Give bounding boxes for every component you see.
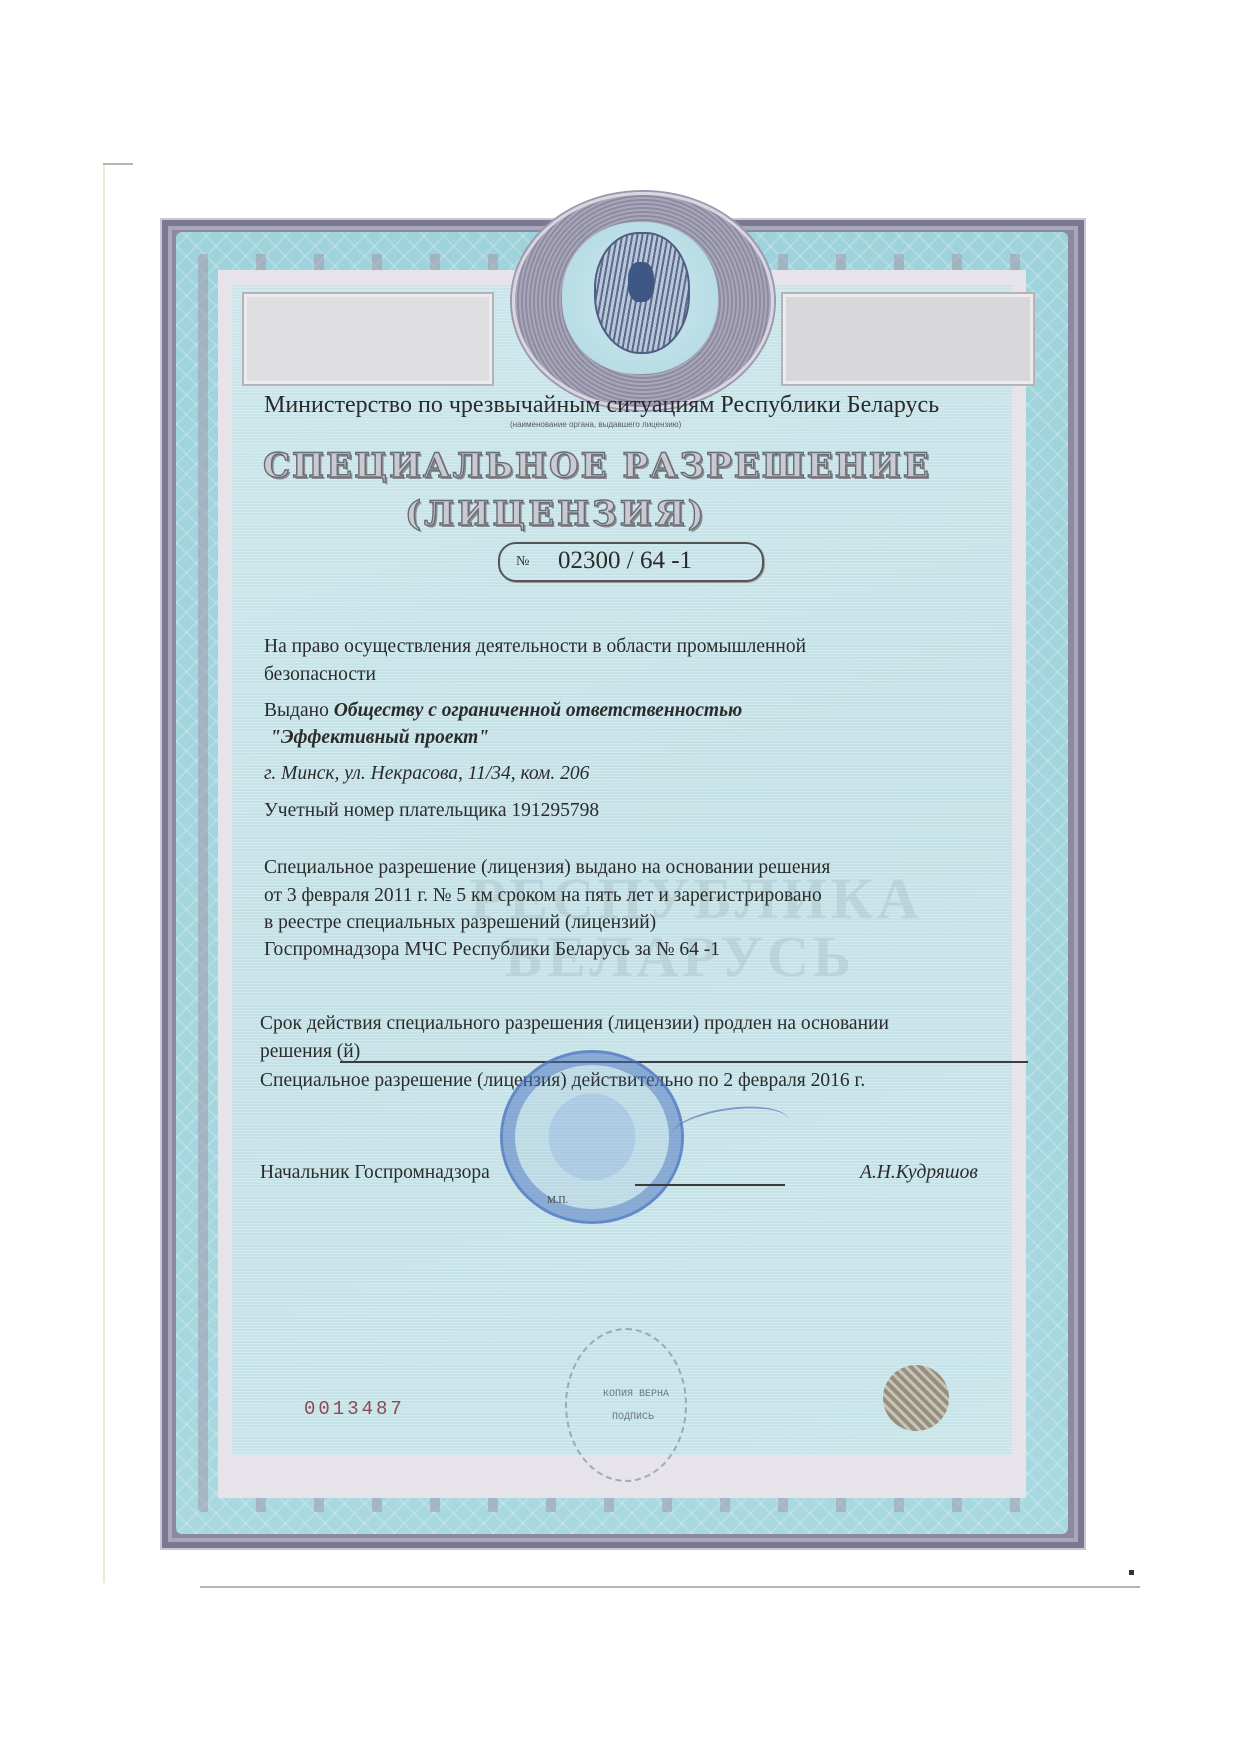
- basis-line-3: в реестре специальных разрешений (лиценз…: [264, 912, 656, 934]
- document-subtitle: (ЛИЦЕНЗИЯ): [405, 494, 707, 534]
- company-name: Обществу с ограниченной ответственностью: [334, 700, 742, 721]
- issued-label: Выдано: [264, 700, 329, 721]
- basis-line-1: Специальное разрешение (лицензия) выдано…: [264, 857, 830, 879]
- official-seal-icon: [500, 1050, 684, 1224]
- faint-stamp-text: КОПИЯ ВЕРНА: [603, 1389, 669, 1400]
- document-title: СПЕЦИАЛЬНОЕ РАЗРЕШЕНИЕ: [263, 446, 931, 486]
- company-name-line-2: "Эффективный проект": [270, 727, 489, 749]
- signer-title: Начальник Госпромнадзора: [260, 1162, 490, 1184]
- paper-edge-mark: [103, 163, 133, 165]
- extension-line-1: Срок действия специального разрешения (л…: [260, 1013, 889, 1035]
- hologram-icon: [883, 1365, 949, 1431]
- taxpayer-number: Учетный номер плательщика 191295798: [264, 800, 599, 822]
- activity-line-1: На право осуществления деятельности в об…: [264, 636, 806, 658]
- issuing-authority-caption: (наименование органа, выдавшего лицензию…: [510, 420, 681, 429]
- extension-line-2: решения (й): [260, 1041, 360, 1063]
- faint-round-stamp-icon: [565, 1328, 687, 1482]
- signer-name: А.Н.Кудряшов: [860, 1162, 978, 1184]
- basis-line-2: от 3 февраля 2011 г. № 5 км сроком на пя…: [264, 885, 822, 907]
- issued-to: Выдано Обществу с ограниченной ответстве…: [264, 700, 742, 722]
- taxpayer-value: 191295798: [511, 800, 599, 821]
- issuing-authority: Министерство по чрезвычайным ситуациям Р…: [264, 392, 939, 419]
- taxpayer-label: Учетный номер плательщика: [264, 800, 506, 821]
- blank-field-left: [242, 292, 494, 386]
- faint-stamp-text-2: ПОДПИСЬ: [612, 1412, 654, 1423]
- number-sign: №: [516, 554, 529, 570]
- company-address: г. Минск, ул. Некрасова, 11/34, ком. 206: [264, 763, 589, 785]
- activity-line-2: безопасности: [264, 664, 376, 686]
- seal-label: М.П.: [547, 1195, 568, 1206]
- extension-blank-line: [340, 1061, 1028, 1063]
- license-number: 02300 / 64 -1: [558, 547, 692, 575]
- license-number-box: № 02300 / 64 -1: [498, 542, 764, 582]
- paper-edge: [103, 163, 105, 1583]
- blank-field-right: [781, 292, 1035, 386]
- paper-edge-bottom: [200, 1586, 1140, 1588]
- basis-line-4: Госпромнадзора МЧС Республики Беларусь з…: [264, 939, 720, 961]
- scan-artifact: [1129, 1570, 1134, 1575]
- signature-line: [635, 1184, 785, 1186]
- coat-of-arms-icon: [594, 232, 690, 354]
- serial-number: 0013487: [304, 1398, 405, 1420]
